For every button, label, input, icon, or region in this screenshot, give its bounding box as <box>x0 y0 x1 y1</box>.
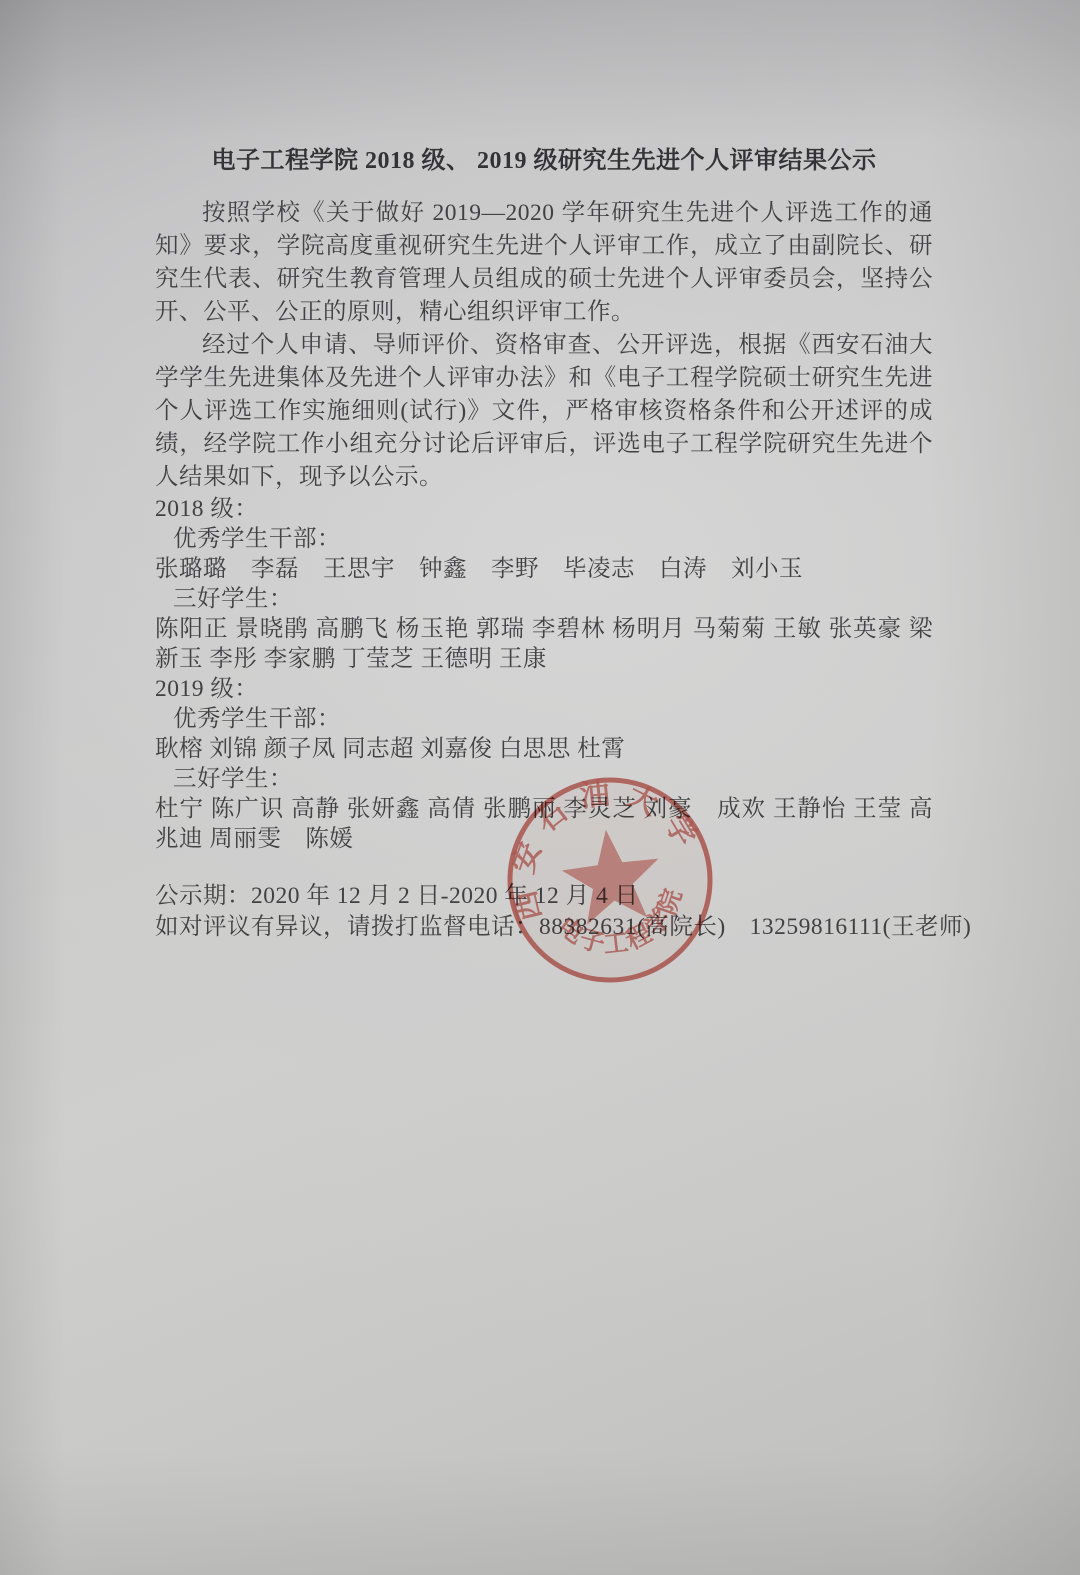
paragraph-process: 经过个人申请、导师评价、资格审查、公开评选，根据《西安石油大学学生先进集体及先进… <box>155 329 933 494</box>
cohort-2019-label: 2019 级： <box>155 674 933 704</box>
paragraph-intro: 按照学校《关于做好 2019—2020 学年研究生先进个人评选工作的通知》要求，… <box>155 197 933 329</box>
cohort-2018-cadres-names: 张璐璐 李磊 王思宇 钟鑫 李野 毕凌志 白涛 刘小玉 <box>155 554 933 584</box>
cohort-2019-cadres-heading: 优秀学生干部： <box>155 704 933 734</box>
cohort-2018-cadres-heading: 优秀学生干部： <box>155 524 933 554</box>
document-page: 电子工程学院 2018 级、 2019 级研究生先进个人评审结果公示 按照学校《… <box>155 140 933 943</box>
cohort-2018-merit-names: 陈阳正 景晓鹃 高鹏飞 杨玉艳 郭瑞 李碧林 杨明月 马菊菊 王敏 张英豪 梁新… <box>155 614 933 674</box>
cohort-2018-label: 2018 级： <box>155 494 933 524</box>
page-title: 电子工程学院 2018 级、 2019 级研究生先进个人评审结果公示 <box>155 140 933 175</box>
cohort-2019-cadres-names: 耿榕 刘锦 颜子凤 同志超 刘嘉俊 白思思 杜霄 <box>155 734 933 764</box>
appeal-contact-line: 如对评议有异议，请拨打监督电话：88382631(高院长) 1325981611… <box>155 912 933 943</box>
cohort-2018-merit-heading: 三好学生： <box>155 584 933 614</box>
cohort-2019-merit-heading: 三好学生： <box>155 764 933 794</box>
notice-period: 公示期：2020 年 12 月 2 日-2020 年 12 月 4 日 <box>155 881 933 912</box>
document-photo: 电子工程学院 2018 级、 2019 级研究生先进个人评审结果公示 按照学校《… <box>0 0 1080 1575</box>
cohort-2019-merit-names: 杜宁 陈广识 高静 张妍鑫 高倩 张鹏丽 李灵芝 刘豪 成欢 王静怡 王莹 高兆… <box>155 794 933 854</box>
